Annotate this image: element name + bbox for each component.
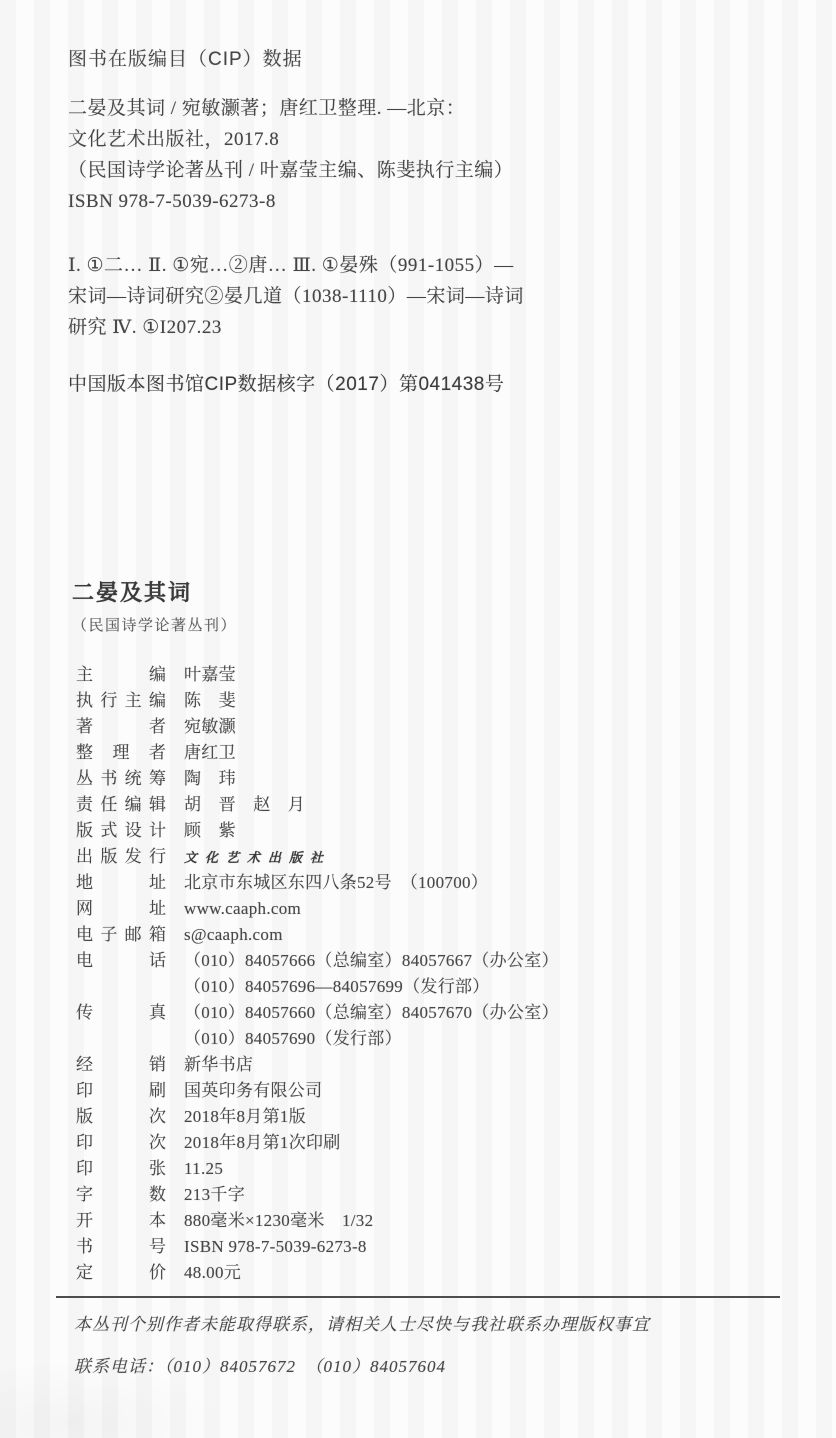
row-label: 网址	[76, 896, 166, 922]
horizontal-rule	[56, 1296, 780, 1298]
row-value: （010）84057660（总编室）84057670（办公室）	[184, 1000, 559, 1026]
row-value: 顾 紫	[184, 818, 236, 844]
footer-note: 本丛刊个别作者未能取得联系，请相关人士尽快与我社联系办理版权事宜 联系电话：（0…	[74, 1310, 774, 1377]
colophon-row-printer: 印刷国英印务有限公司	[76, 1078, 766, 1104]
colophon-row-executive-editor: 执行主编陈 斐	[76, 688, 766, 714]
row-label: 字数	[76, 1182, 166, 1208]
cip-classification-line: 研究 Ⅳ. ①I207.23	[68, 312, 728, 343]
cip-record-line: 二晏及其词 / 宛敏灏著；唐红卫整理. —北京：	[68, 93, 728, 124]
row-label: 书号	[76, 1234, 166, 1260]
book-series: （民国诗学论著丛刊）	[72, 614, 237, 635]
book-title: 二晏及其词	[72, 576, 237, 607]
row-value: 新华书店	[184, 1052, 253, 1078]
row-value: 宛敏灏	[184, 714, 236, 740]
row-value: （010）84057696—84057699（发行部）	[184, 974, 490, 1000]
cip-header: 图书在版编目（CIP）数据	[68, 44, 728, 71]
colophon-row-layout-designer: 版式设计顾 紫	[76, 818, 766, 844]
cip-record-line: 文化艺术出版社，2017.8	[68, 124, 728, 155]
cip-classification: Ⅰ. ①二… Ⅱ. ①宛…②唐… Ⅲ. ①晏殊（991-1055）— 宋词—诗词…	[68, 250, 728, 343]
colophon-row-edition: 版次2018年8月第1版	[76, 1104, 766, 1130]
colophon-row-series-coordinator: 丛书统筹陶 玮	[76, 766, 766, 792]
row-label: 电子邮箱	[76, 922, 166, 948]
row-value: 880毫米×1230毫米 1/32	[184, 1208, 373, 1234]
row-label: 地址	[76, 870, 166, 896]
colophon-row-price: 定价48.00元	[76, 1260, 766, 1286]
colophon-row-website: 网址www.caaph.com	[76, 896, 766, 922]
colophon-row-printing: 印次2018年8月第1次印刷	[76, 1130, 766, 1156]
row-label: 丛书统筹	[76, 766, 166, 792]
colophon-row-word-count: 字数213千字	[76, 1182, 766, 1208]
row-label: 印张	[76, 1156, 166, 1182]
row-value: 2018年8月第1次印刷	[184, 1130, 341, 1156]
colophon-row-telephone: 电话（010）84057666（总编室）84057667（办公室）	[76, 948, 766, 974]
colophon-row-fax: 传真（010）84057660（总编室）84057670（办公室）	[76, 1000, 766, 1026]
publisher-logotype: 文化艺术出版社	[184, 845, 331, 871]
row-label: 开本	[76, 1208, 166, 1234]
isbn-number: ISBN 978-7-5039-6273-8	[184, 1234, 367, 1260]
row-value: 陶 玮	[184, 766, 236, 792]
row-value: 唐红卫	[184, 740, 236, 766]
cip-record-line: （民国诗学论著丛刊 / 叶嘉莹主编、陈斐执行主编）	[68, 155, 728, 186]
cip-data-block: 图书在版编目（CIP）数据 二晏及其词 / 宛敏灏著；唐红卫整理. —北京： 文…	[68, 44, 728, 396]
colophon-row-chief-editor: 主编叶嘉莹	[76, 662, 766, 688]
price-value: 48.00元	[184, 1260, 241, 1286]
colophon-row-publisher: 出版发行文化艺术出版社	[76, 844, 766, 870]
row-label: 出版发行	[76, 844, 166, 870]
colophon-list: 主编叶嘉莹 执行主编陈 斐 著者宛敏灏 整理者唐红卫 丛书统筹陶 玮 责任编辑胡…	[76, 662, 766, 1286]
cip-record: 二晏及其词 / 宛敏灏著；唐红卫整理. —北京： 文化艺术出版社，2017.8 …	[68, 93, 728, 217]
website-url: www.caaph.com	[184, 896, 301, 922]
colophon-row-format: 开本880毫米×1230毫米 1/32	[76, 1208, 766, 1234]
row-label: 执行主编	[76, 688, 166, 714]
row-label: 责任编辑	[76, 792, 166, 818]
copyright-notice: 本丛刊个别作者未能取得联系，请相关人士尽快与我社联系办理版权事宜	[74, 1310, 774, 1335]
book-copyright-page: 图书在版编目（CIP）数据 二晏及其词 / 宛敏灏著；唐红卫整理. —北京： 文…	[0, 0, 836, 1438]
cip-registration-number: 中国版本图书馆CIP数据核字（2017）第041438号	[68, 369, 728, 396]
cip-classification-line: 宋词—诗词研究②晏几道（1038-1110）—宋词—诗词	[68, 281, 728, 312]
row-value: （010）84057666（总编室）84057667（办公室）	[184, 948, 559, 974]
row-label: 传真	[76, 1000, 166, 1026]
row-value: （010）84057690（发行部）	[184, 1026, 402, 1052]
row-label: 印刷	[76, 1078, 166, 1104]
colophon-row-author: 著者宛敏灏	[76, 714, 766, 740]
colophon-row-address: 地址北京市东城区东四八条52号 （100700）	[76, 870, 766, 896]
row-value: 陈 斐	[184, 688, 236, 714]
colophon-row-fax-cont: （010）84057690（发行部）	[76, 1026, 766, 1052]
title-block: 二晏及其词 （民国诗学论著丛刊）	[72, 576, 237, 635]
colophon-row-compiler: 整理者唐红卫	[76, 740, 766, 766]
colophon-row-sheets: 印张11.25	[76, 1156, 766, 1182]
colophon-row-responsible-editor: 责任编辑胡 晋 赵 月	[76, 792, 766, 818]
row-value: 北京市东城区东四八条52号 （100700）	[184, 870, 488, 896]
row-label: 电话	[76, 948, 166, 974]
row-label: 经销	[76, 1052, 166, 1078]
colophon-row-email: 电子邮箱s@caaph.com	[76, 922, 766, 948]
colophon-row-distributor: 经销新华书店	[76, 1052, 766, 1078]
email-address: s@caaph.com	[184, 922, 283, 948]
cip-classification-line: Ⅰ. ①二… Ⅱ. ①宛…②唐… Ⅲ. ①晏殊（991-1055）—	[68, 250, 728, 281]
row-value: 2018年8月第1版	[184, 1104, 306, 1130]
cip-isbn-line: ISBN 978-7-5039-6273-8	[68, 186, 728, 217]
row-value: 胡 晋 赵 月	[184, 792, 305, 818]
row-value: 11.25	[184, 1156, 223, 1182]
row-label: 整理者	[76, 740, 166, 766]
row-label: 主编	[76, 662, 166, 688]
contact-phones: 联系电话：（010）84057672 （010）84057604	[74, 1352, 774, 1377]
row-label: 著者	[76, 714, 166, 740]
row-value: 国英印务有限公司	[184, 1078, 322, 1104]
colophon-row-telephone-cont: （010）84057696—84057699（发行部）	[76, 974, 766, 1000]
row-label: 版式设计	[76, 818, 166, 844]
row-value: 213千字	[184, 1182, 245, 1208]
row-label: 版次	[76, 1104, 166, 1130]
row-value: 叶嘉莹	[184, 662, 236, 688]
row-label: 印次	[76, 1130, 166, 1156]
row-label: 定价	[76, 1260, 166, 1286]
colophon-row-isbn: 书号ISBN 978-7-5039-6273-8	[76, 1234, 766, 1260]
